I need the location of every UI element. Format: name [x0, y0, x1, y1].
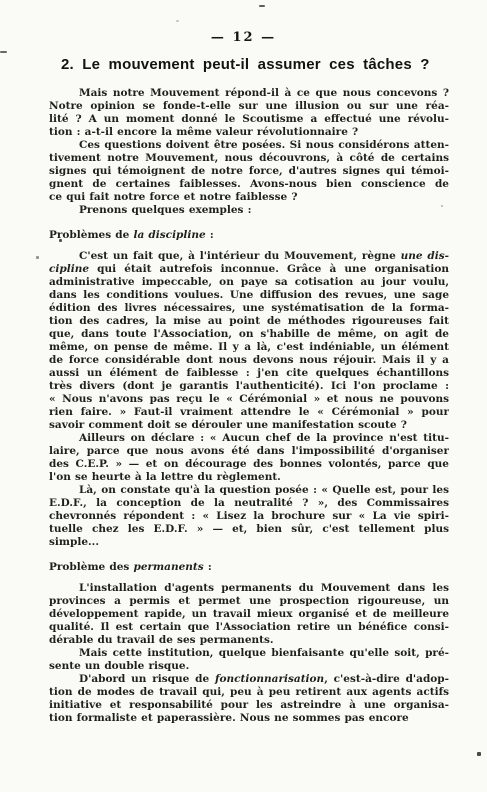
text-line: édition des livres nécessaires, une syst… — [49, 302, 449, 315]
text-line: « Nous n'avons pas reçu le « Cérémonial … — [49, 393, 449, 406]
text-line: qualité. Il est certain que l'Associatio… — [49, 621, 449, 634]
text-line: tivement notre Mouvement, nous découvron… — [49, 152, 449, 165]
text-line: rien faire. » Faut-il vraiment attendre … — [49, 406, 449, 419]
text-line: signes qui témoignent de notre force, d'… — [49, 165, 449, 178]
text-line: développement rapide, un travail mieux o… — [49, 608, 449, 621]
scanned-page: — 12 — 2. Le mouvement peut-il assumer c… — [0, 0, 487, 792]
document-body: Mais notre Mouvement répond-il à ce que … — [49, 87, 449, 725]
text-line: l'on se heurte à la lettre du règlement. — [49, 471, 449, 484]
paragraph: Mais cette institution, quelque bienfais… — [49, 647, 449, 673]
paragraph: Ces questions doivent être posées. Si no… — [49, 139, 449, 204]
text-line: provinces a permis et permet une prospec… — [49, 595, 449, 608]
text-line: chevronnés répondent : « Lisez la brochu… — [49, 510, 449, 523]
subheading: Problèmes de la discipline : — [49, 229, 449, 242]
paragraph: Prenons quelques exemples : — [49, 204, 449, 217]
paragraph: L'installation d'agents permanents du Mo… — [49, 582, 449, 647]
text-line: dérable du travail de ses permanents. — [49, 634, 449, 647]
scan-speck — [477, 752, 481, 756]
text-line: administrative impeccable, on paye sa co… — [49, 276, 449, 289]
text-line: Ces questions doivent être posées. Si no… — [49, 139, 449, 152]
text-line: Mais notre Mouvement répond-il à ce que … — [49, 87, 449, 100]
text-line: D'abord un risque de fonctionnarisation,… — [49, 673, 449, 686]
paragraph: D'abord un risque de fonctionnarisation,… — [49, 673, 449, 725]
scan-speck — [36, 256, 39, 259]
text-line: Notre opinion se fonde-t-elle sur une il… — [49, 100, 449, 113]
text-line: tion de modes de travail qui, peu à peu … — [49, 686, 449, 699]
text-line: simple... — [49, 536, 449, 549]
subheading: Problème des permanents : — [49, 561, 449, 574]
page-number: — 12 — — [0, 30, 487, 45]
paragraph: Mais notre Mouvement répond-il à ce que … — [49, 87, 449, 139]
text-line: Ailleurs on déclare : « Aucun chef de la… — [49, 432, 449, 445]
text-line: tion formaliste et paperassière. Nous ne… — [49, 712, 449, 725]
paragraph: Là, on constate qu'à la question posée :… — [49, 484, 449, 549]
text-line: E.D.F., la conception de la neutralité ?… — [49, 497, 449, 510]
text-line: gnent de certaines faiblesses. Avons-nou… — [49, 178, 449, 191]
text-line: même, on pense de même. Il y a là, c'est… — [49, 341, 449, 354]
text-line: Là, on constate qu'à la question posée :… — [49, 484, 449, 497]
section-heading: 2. Le mouvement peut-il assumer ces tâch… — [61, 56, 430, 73]
text-line: sente un double risque. — [49, 660, 449, 673]
scan-speck — [0, 51, 7, 53]
paragraph: Ailleurs on déclare : « Aucun chef de la… — [49, 432, 449, 484]
text-line: dans les conditions voulues. Une diffusi… — [49, 289, 449, 302]
scan-speck — [259, 5, 265, 7]
text-line: savoir comment doit se dérouler une mani… — [49, 419, 449, 432]
paragraph: C'est un fait que, à l'intérieur du Mouv… — [49, 250, 449, 432]
text-line: que, dans toute l'Association, on s'habi… — [49, 328, 449, 341]
scan-speck — [59, 239, 62, 242]
text-line: aussi un élément de faiblesse : j'en cit… — [49, 367, 449, 380]
text-line: tion : a-t-il encore la même valeur révo… — [49, 126, 449, 139]
text-line: cipline qui était autrefois inconnue. Gr… — [49, 263, 449, 276]
text-line: tuelle chez les E.D.F. » — et, bien sûr,… — [49, 523, 449, 536]
scan-speck — [176, 20, 179, 22]
text-line: des C.E.P. » — et on décourage des bonne… — [49, 458, 449, 471]
text-line: L'installation d'agents permanents du Mo… — [49, 582, 449, 595]
text-line: ce qui fait notre force et notre faibles… — [49, 191, 449, 204]
text-line: C'est un fait que, à l'intérieur du Mouv… — [49, 250, 449, 263]
text-line: très divers (dont je garantis l'authenti… — [49, 380, 449, 393]
text-line: lité ? A un moment donné le Scoutisme a … — [49, 113, 449, 126]
text-line: laire, parce que nous avons été dans l'i… — [49, 445, 449, 458]
text-line: de force considérable dont nous devons n… — [49, 354, 449, 367]
text-line: tion des cadres, la mise au point de mét… — [49, 315, 449, 328]
text-line: initiative et responsabilité pour les as… — [49, 699, 449, 712]
scan-speck — [441, 205, 443, 207]
text-line: Mais cette institution, quelque bienfais… — [49, 647, 449, 660]
text-line: Prenons quelques exemples : — [49, 204, 449, 217]
